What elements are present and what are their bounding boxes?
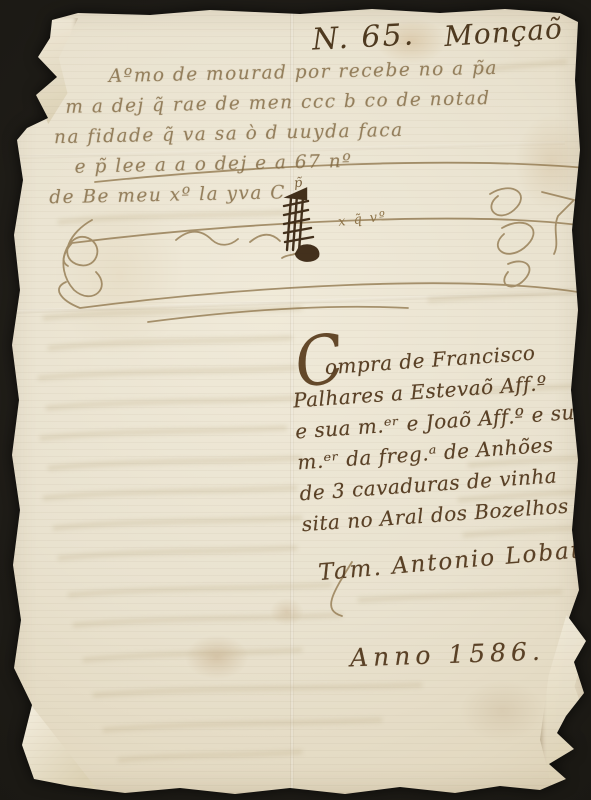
folded-corner [8, 685, 100, 793]
paper-shadow: N. 65. Monçaõ Aºmo de mourad por recebe … [0, 0, 591, 800]
summary-paragraph: ompra de Francisco Palhares a Estevaõ Af… [290, 334, 591, 540]
rubric-caption: p̃ [293, 176, 303, 192]
left-flourish-icon [63, 220, 101, 296]
stain [270, 598, 304, 626]
stain [185, 635, 249, 679]
year-line: Anno 1586. [350, 637, 546, 673]
stain [460, 680, 545, 742]
document-number: N. 65. [311, 17, 416, 57]
stain [55, 190, 185, 360]
scan-background: N. 65. Monçaõ Aºmo de mourad por recebe … [0, 0, 591, 800]
place-name: Monçaõ [443, 12, 564, 53]
manuscript-page: N. 65. Monçaõ Aºmo de mourad por recebe … [0, 0, 591, 800]
notary-signature: Tam. Antonio Lobato [317, 536, 591, 586]
horizontal-fold-crease [16, 290, 576, 314]
torn-edge-flap [540, 615, 588, 793]
wave-flourish-icon [176, 232, 280, 245]
margin-mark: x q̃ vº [337, 209, 388, 230]
